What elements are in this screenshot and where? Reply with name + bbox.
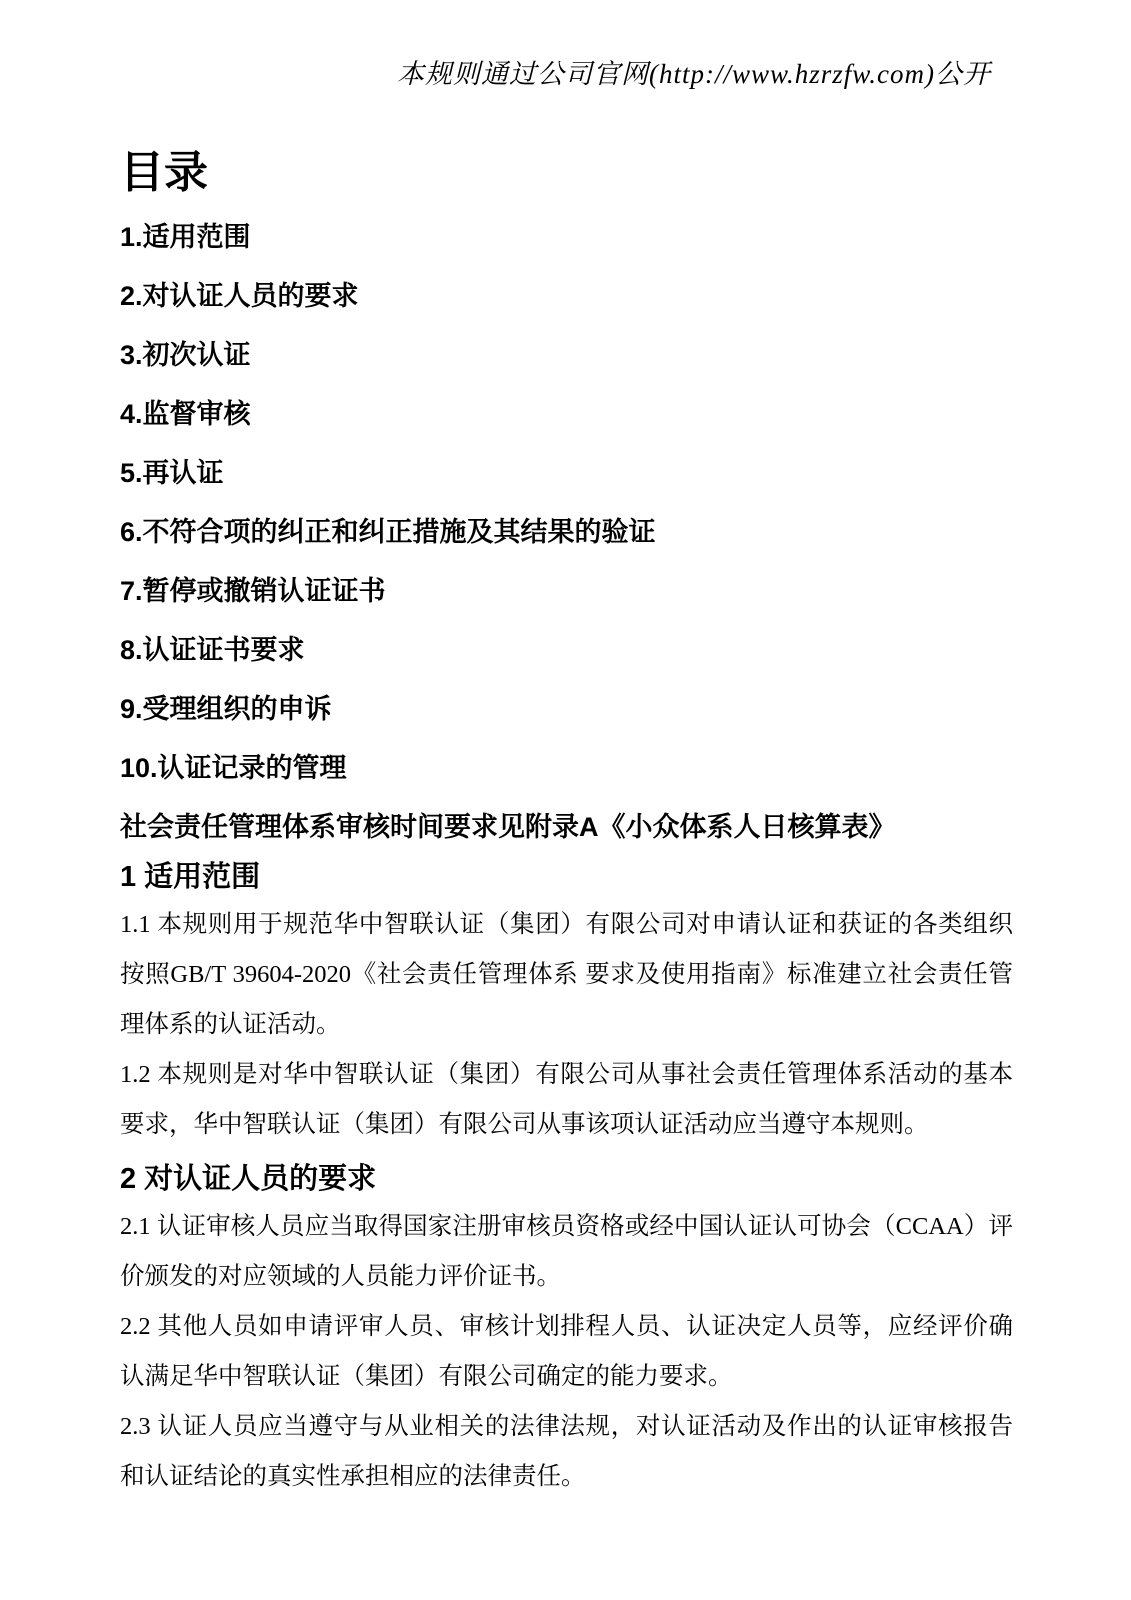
section-1-heading: 1 适用范围 bbox=[120, 860, 1013, 894]
document-page: 本规则通过公司官网(http://www.hzrzfw.com)公开 目录 1.… bbox=[0, 0, 1131, 1600]
toc-item-4: 4.监督审核 bbox=[120, 399, 1013, 429]
toc-item-6: 6.不符合项的纠正和纠正措施及其结果的验证 bbox=[120, 517, 1013, 547]
paragraph-2-3: 2.3 认证人员应当遵守与从业相关的法律法规，对认证活动及作出的认证审核报告和认… bbox=[120, 1402, 1013, 1502]
toc-item-5: 5.再认证 bbox=[120, 458, 1013, 488]
paragraph-1-2: 1.2 本规则是对华中智联认证（集团）有限公司从事社会责任管理体系活动的基本要求… bbox=[120, 1050, 1013, 1150]
paragraph-2-1: 2.1 认证审核人员应当取得国家注册审核员资格或经中国认证认可协会（CCAA）评… bbox=[120, 1202, 1013, 1302]
toc-item-1: 1.适用范围 bbox=[120, 222, 1013, 252]
document-content: 目录 1.适用范围 2.对认证人员的要求 3.初次认证 4.监督审核 5.再认证… bbox=[120, 148, 1013, 1502]
toc-item-10: 10.认证记录的管理 bbox=[120, 753, 1013, 783]
header-note: 本规则通过公司官网(http://www.hzrzfw.com)公开 bbox=[397, 52, 991, 91]
toc-item-9: 9.受理组织的申诉 bbox=[120, 694, 1013, 724]
toc-item-3: 3.初次认证 bbox=[120, 340, 1013, 370]
paragraph-1-1: 1.1 本规则用于规范华中智联认证（集团）有限公司对申请认证和获证的各类组织按照… bbox=[120, 900, 1013, 1050]
toc-item-8: 8.认证证书要求 bbox=[120, 635, 1013, 665]
section-2-heading: 2 对认证人员的要求 bbox=[120, 1162, 1013, 1196]
toc-appendix-note: 社会责任管理体系审核时间要求见附录A《小众体系人日核算表》 bbox=[120, 812, 1013, 842]
paragraph-2-2: 2.2 其他人员如申请评审人员、审核计划排程人员、认证决定人员等，应经评价确认满… bbox=[120, 1302, 1013, 1402]
toc-item-2: 2.对认证人员的要求 bbox=[120, 281, 1013, 311]
toc-item-7: 7.暂停或撤销认证证书 bbox=[120, 576, 1013, 606]
toc-title: 目录 bbox=[120, 148, 1013, 198]
